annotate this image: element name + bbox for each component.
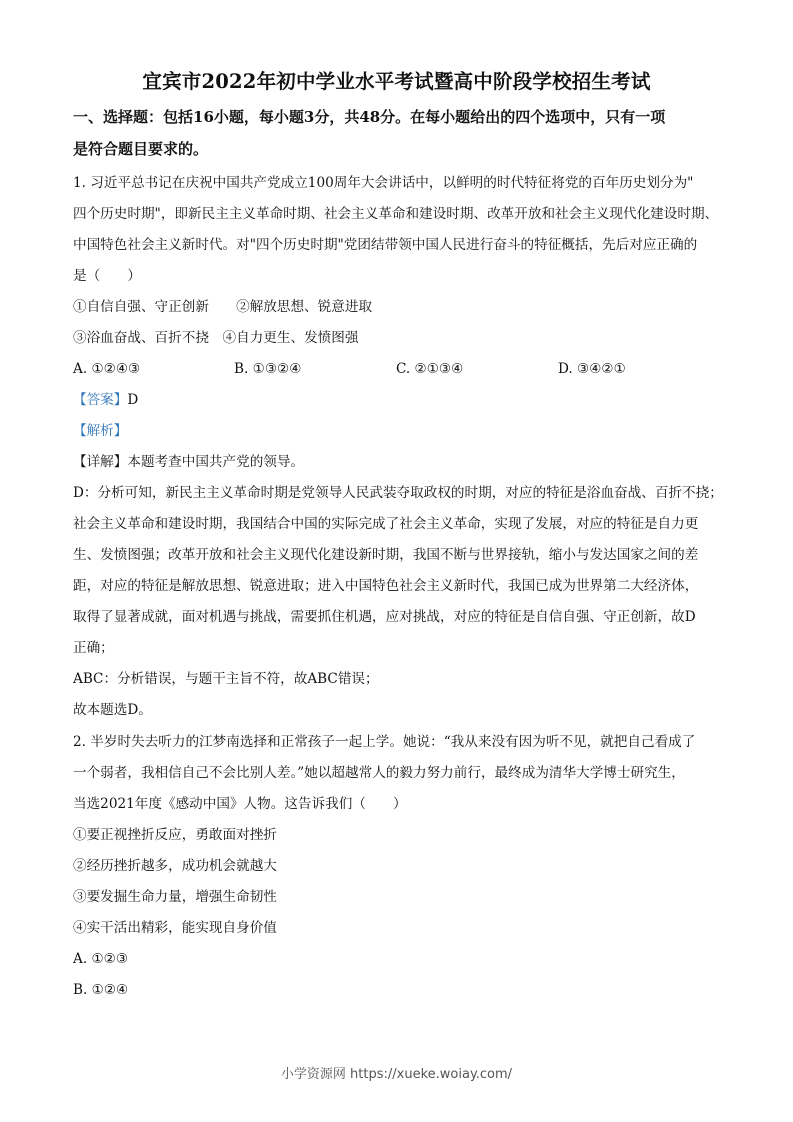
q1-explanation-line: 社会主义革命和建设时期，我国结合中国的实际完成了社会主义革命，实现了发展，对应的… bbox=[73, 515, 698, 533]
q1-explanation-line: 生、发愤图强；改革开放和社会主义现代化建设新时期，我国不断与世界接轨，缩小与发达… bbox=[73, 546, 698, 564]
q1-option-c: C. ②①③④ bbox=[396, 360, 463, 378]
answer-value: D bbox=[127, 392, 138, 408]
q2-option-a: A. ①②③ bbox=[73, 950, 128, 968]
document-page: 宜宾市2022年初中学业水平考试暨高中阶段学校招生考试 一、选择题：包括16小题… bbox=[0, 0, 793, 1122]
q2-statement: ④实干活出精彩，能实现自身价值 bbox=[73, 919, 277, 937]
footer-watermark: 小学资源网 https://xueke.woiay.com/ bbox=[0, 1063, 793, 1082]
exam-title: 宜宾市2022年初中学业水平考试暨高中阶段学校招生考试 bbox=[0, 66, 793, 94]
q1-stem-line: 1. 习近平总书记在庆祝中国共产党成立100周年大会讲话中，以鲜明的时代特征将党… bbox=[73, 174, 693, 192]
q1-explanation-line: ABC：分析错误，与题干主旨不符，故ABC错误； bbox=[73, 670, 379, 688]
q1-option-a: A. ①②④③ bbox=[73, 360, 140, 378]
q1-stem-line: 中国特色社会主义新时代。对"四个历史时期"党团结带领中国人民进行奋斗的特征概括，… bbox=[73, 236, 697, 254]
q1-stem-line: 四个历史时期"，即新民主主义革命时期、社会主义革命和建设时期、改革开放和社会主义… bbox=[73, 205, 718, 223]
section-heading-line-1: 一、选择题：包括16小题，每小题3分，共48分。在每小题给出的四个选项中，只有一… bbox=[73, 108, 665, 126]
q1-explanation-line: D：分析可知，新民主主义革命时期是党领导人民武装夺取政权的时期，对应的特征是浴血… bbox=[73, 484, 723, 502]
q1-stem-line: 是（ ） bbox=[73, 267, 141, 285]
q1-option-d: D. ③④②① bbox=[558, 360, 626, 378]
q1-answer: 【答案】D bbox=[73, 391, 138, 409]
q1-explanation-line: 故本题选D。 bbox=[73, 701, 152, 719]
q2-statement: ③要发掘生命力量，增强生命韧性 bbox=[73, 888, 277, 906]
q1-option-b: B. ①③②④ bbox=[234, 360, 301, 378]
analysis-label: 【解析】 bbox=[73, 422, 127, 440]
q1-explanation-line: 正确； bbox=[73, 639, 114, 657]
q2-option-b: B. ①②④ bbox=[73, 981, 128, 999]
detail-intro: 本题考查中国共产党的领导。 bbox=[127, 454, 304, 470]
q2-stem-line: 当选2021年度《感动中国》人物。这告诉我们（ ） bbox=[73, 795, 407, 813]
section-heading-line-2: 是符合题目要求的。 bbox=[73, 140, 208, 158]
q2-statement: ②经历挫折越多，成功机会就越大 bbox=[73, 857, 277, 875]
detail-label: 【详解】 bbox=[73, 454, 127, 470]
q2-stem-line: 一个弱者，我相信自己不会比别人差。”她以超越常人的毅力努力前行，最终成为清华大学… bbox=[73, 764, 685, 782]
q2-statement: ①要正视挫折反应，勇敢面对挫折 bbox=[73, 826, 277, 844]
q1-detail: 【详解】本题考查中国共产党的领导。 bbox=[73, 453, 304, 471]
q1-explanation-line: 距，对应的特征是解放思想、锐意进取；进入中国特色社会主义新时代，我国已成为世界第… bbox=[73, 577, 698, 595]
q1-statement: ①自信自强、守正创新 ②解放思想、锐意进取 bbox=[73, 298, 372, 316]
q1-statement: ③浴血奋战、百折不挠 ④自力更生、发愤图强 bbox=[73, 329, 358, 347]
answer-label: 【答案】 bbox=[73, 392, 127, 408]
q1-explanation-line: 取得了显著成就，面对机遇与挑战，需要抓住机遇，应对挑战，对应的特征是自信自强、守… bbox=[73, 608, 696, 626]
q2-stem-line: 2. 半岁时失去听力的江梦南选择和正常孩子一起上学。她说：“我从来没有因为听不见… bbox=[73, 733, 695, 751]
